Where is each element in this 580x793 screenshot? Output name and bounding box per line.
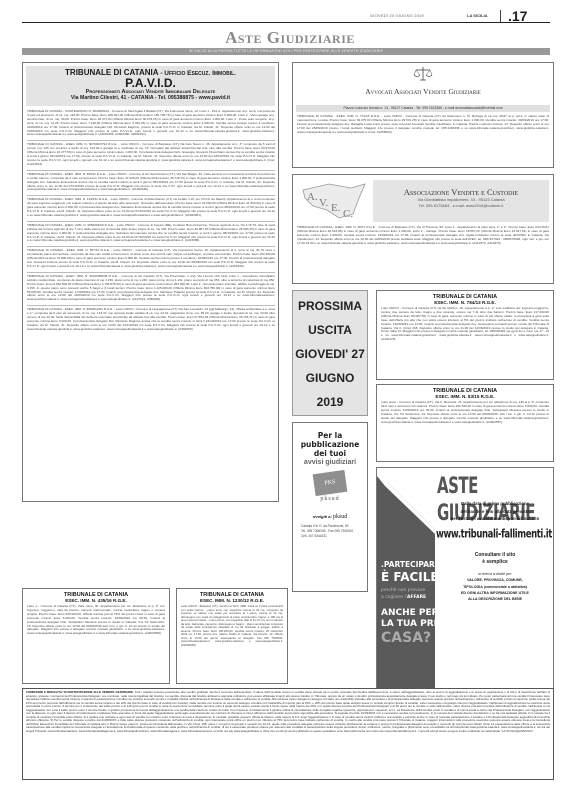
aste-ad-description-line: Dalla data di prima pubblicazione xyxy=(437,500,553,508)
auction-entry: TRIBUNALE DI CATANIA - ESEC. IMM. N. 559… xyxy=(27,173,275,193)
next-issue-box: PROSSIMA USCITA GIOVEDI' 27 GIUGNO 2019 xyxy=(292,290,368,416)
aste-giudiziarie-advertisement: .PARTECIPARE È FACILE... perchè non prov… xyxy=(376,467,554,689)
listing-court: TRIBUNALE DI CATANIA xyxy=(377,291,553,300)
divider xyxy=(27,221,275,222)
auction-entry: TRIBUNALE DI CATANIA - ESEC. IMM. N. 907… xyxy=(27,143,275,166)
next-issue-line: 2019 xyxy=(293,390,367,414)
listing-case-number: ESEC. IMM. N. 435/16 R.G.E. xyxy=(23,598,169,603)
pks-cell: Cell. 347 5344231 xyxy=(301,534,367,539)
avec-title: Associazione Vendite e Custodie xyxy=(373,180,549,197)
pavid-contact: Via Martino Cilestri, 41 - CATANIA - Tel… xyxy=(26,95,275,101)
divider xyxy=(500,10,501,22)
aste-ad-consult-line: è semplice xyxy=(437,559,553,566)
scales-of-justice-icon xyxy=(413,66,433,82)
pavid-header: TRIBUNALE DI CATANIA - Ufficio Esecuz. I… xyxy=(26,66,275,106)
section-title: Aste Giudiziarie xyxy=(0,28,580,48)
aste-ad-description: Dalla data di prima pubblicazione del ba… xyxy=(437,500,553,523)
listing-court: TRIBUNALE DI CATANIA xyxy=(177,589,287,598)
house-text-cogliere: a cogliere l'AFFARE xyxy=(381,595,426,600)
conditions-body: Tutti i cittadini possono partecipare al… xyxy=(26,690,550,733)
house-text-latua: LA TUA PRIMA xyxy=(381,619,453,629)
auction-entry: TRIBUNALE DI CATANIA - ESEC. IMM. N. 906… xyxy=(27,308,275,331)
pavid-entries: TRIBUNALE DI CATANIA - CONTENZIOSO N. 90… xyxy=(27,110,275,335)
aste-ad-description-line: del bando e fino alla data prevista xyxy=(437,508,553,516)
pks-headline: dei tuoi xyxy=(293,449,367,458)
svg-text:V.: V. xyxy=(319,197,329,209)
pks-rivolgiti-label: rivolgiti a: xyxy=(313,514,332,519)
listing-body: Lotto unico - Comune di Catania (CT), Vi… xyxy=(377,401,553,424)
divider xyxy=(27,170,275,171)
listing-box: TRIBUNALE DI CATANIA ESEC. IMM. N. 784/1… xyxy=(376,290,554,380)
pavid-logo-text: P.A.V.I.D. xyxy=(26,77,275,89)
auction-entry: TRIBUNALE DI CATANIA - ESEC. IMM. N. 774… xyxy=(297,115,549,135)
auction-entry: TRIBUNALE DI CATANIA - ESEC. IMM. N. 905… xyxy=(27,224,275,244)
avec-sicily-logo-icon: A. V. E. C. xyxy=(299,180,369,222)
aste-ad-description-line: per l'asta gli avvisi sono disponibili s… xyxy=(437,515,553,523)
auction-entry: TRIBUNALE DI CATANIA - ESEC. IMM. N. 124… xyxy=(27,198,275,218)
aste-ad-search-item: ALLA DESCRIZIONE DEL BENE xyxy=(437,596,553,602)
issue-date: GIOVEDÌ 20 GIUGNO 2019 xyxy=(370,13,424,18)
listing-body: Lotto 1 - Comune di Catania (CT), Viale … xyxy=(23,605,169,636)
house-text-cogliere-label: a cogliere l' xyxy=(381,595,407,600)
conditions-footer: CONDIZIONI E MODALITA' DI PARTECIPAZIONE… xyxy=(22,688,554,780)
pks-advertisement: Per la pubblicazione dei tuoi avvisi giu… xyxy=(292,422,368,592)
svg-text:A.: A. xyxy=(307,191,318,203)
pavid-notice-block: TRIBUNALE DI CATANIA - Ufficio Esecuz. I… xyxy=(22,62,279,502)
pks-address-block: Catania V.le O. da Pordenone, 50 Tel. 09… xyxy=(293,524,367,539)
auction-entry: TRIBUNALE DI CATANIA - ESEC. IMM. N. 901… xyxy=(27,275,275,302)
avvocati-address: Piazza Ludovico Ariosto n. 13 - 95127 Ca… xyxy=(296,105,550,112)
conditions-text: CONDIZIONI E MODALITA' DI PARTECIPAZIONE… xyxy=(26,691,550,734)
avvocati-header: Avvocati Associati Vendite Giudiziarie xyxy=(296,66,550,104)
avvocati-notice-block: Avvocati Associati Vendite Giudiziarie P… xyxy=(292,62,554,168)
next-issue-line: GIUGNO xyxy=(293,366,367,390)
avec-contact: Tel. 095 8175684 - e-mail: avec2016@outl… xyxy=(373,203,549,209)
listing-box: TRIBUNALE DI CATANIA ESEC. IMM. N. 435/1… xyxy=(22,588,170,684)
newspaper-brand: LA SICILIA xyxy=(467,13,488,18)
divider xyxy=(27,246,275,247)
next-issue-line: USCITA xyxy=(293,318,367,342)
header-rule xyxy=(22,22,550,23)
aste-ad-search-criteria: la ricerca si divide per: VALORE, PROVIN… xyxy=(437,571,553,602)
divider xyxy=(27,195,275,196)
pks-logo-sub: pksud xyxy=(293,496,367,502)
avvocati-title: Avvocati Associati Vendite Giudiziarie xyxy=(296,87,550,96)
auction-entry: TRIBUNALE DI CATANIA - CONTENZIOSO N. 90… xyxy=(27,110,275,137)
aste-ad-consult: Consultare il sito è semplice xyxy=(437,552,553,566)
listing-case-number: ESEC. IMM. N. 784/13 R.G.E. xyxy=(377,300,553,305)
house-text-anche: ANCHE PER xyxy=(381,608,439,618)
section-subtitle: IN CALCE ALLA PAGINA TUTTE LE INFORMAZIO… xyxy=(22,48,550,55)
svg-text:C.: C. xyxy=(343,208,353,220)
divider xyxy=(27,305,275,306)
listing-court: TRIBUNALE DI CATANIA xyxy=(377,385,553,394)
house-text-perche: perchè non provare xyxy=(381,588,425,593)
pks-headline: Per la pubblicazione xyxy=(293,431,367,449)
listing-case-number: ESEC. IMM. N. 83/15 R.G.E. xyxy=(377,394,553,399)
divider xyxy=(27,272,275,273)
divider xyxy=(27,140,275,141)
pks-logo: PKS xyxy=(313,470,348,496)
house-text-casa: CASA? xyxy=(381,630,431,646)
aste-ad-consult-line: Consultare il sito xyxy=(437,552,553,559)
avec-header: Associazione Vendite e Custodie Via Gian… xyxy=(373,180,549,222)
pks-contact-label: rivolgiti a: pksud xyxy=(293,514,367,520)
avec-notice-block: A. V. E. C. Associazione Vendite e Custo… xyxy=(292,174,554,284)
pks-brand: pksud xyxy=(333,514,347,520)
aste-ad-website-link[interactable]: www.tribunali-fallimenti.it xyxy=(435,528,553,542)
listing-body: Lotto UNICO - Belpasso (CT), via Pio La … xyxy=(177,605,287,648)
auction-entry: TRIBUNALE DI CATANIA - ESEC. IMM. N. 657… xyxy=(27,249,275,269)
pks-subheadline: avvisi giudiziari xyxy=(293,458,367,467)
listing-case-number: ESEC. IMM. N. 1230/12 R.G.E. xyxy=(177,598,287,603)
listing-body: Lotto UNICO - Comune di Catania (CT) via… xyxy=(377,307,553,342)
house-text-affare: AFFARE xyxy=(407,595,426,600)
house-text-partecipare: .PARTECIPARE xyxy=(381,560,440,569)
listing-box: TRIBUNALE DI CATANIA ESEC. IMM. N. 1230/… xyxy=(176,588,288,684)
svg-text:E.: E. xyxy=(331,202,341,214)
auction-entry: TRIBUNALE DI CATANIA - ESEC. IMM. N. 38/… xyxy=(297,226,549,246)
listing-box: TRIBUNALE DI CATANIA ESEC. IMM. N. 83/15… xyxy=(376,384,554,462)
next-issue-line: GIOVEDI' 27 xyxy=(293,342,367,366)
next-issue-line: PROSSIMA xyxy=(293,291,367,318)
listing-court: TRIBUNALE DI CATANIA xyxy=(23,589,169,598)
